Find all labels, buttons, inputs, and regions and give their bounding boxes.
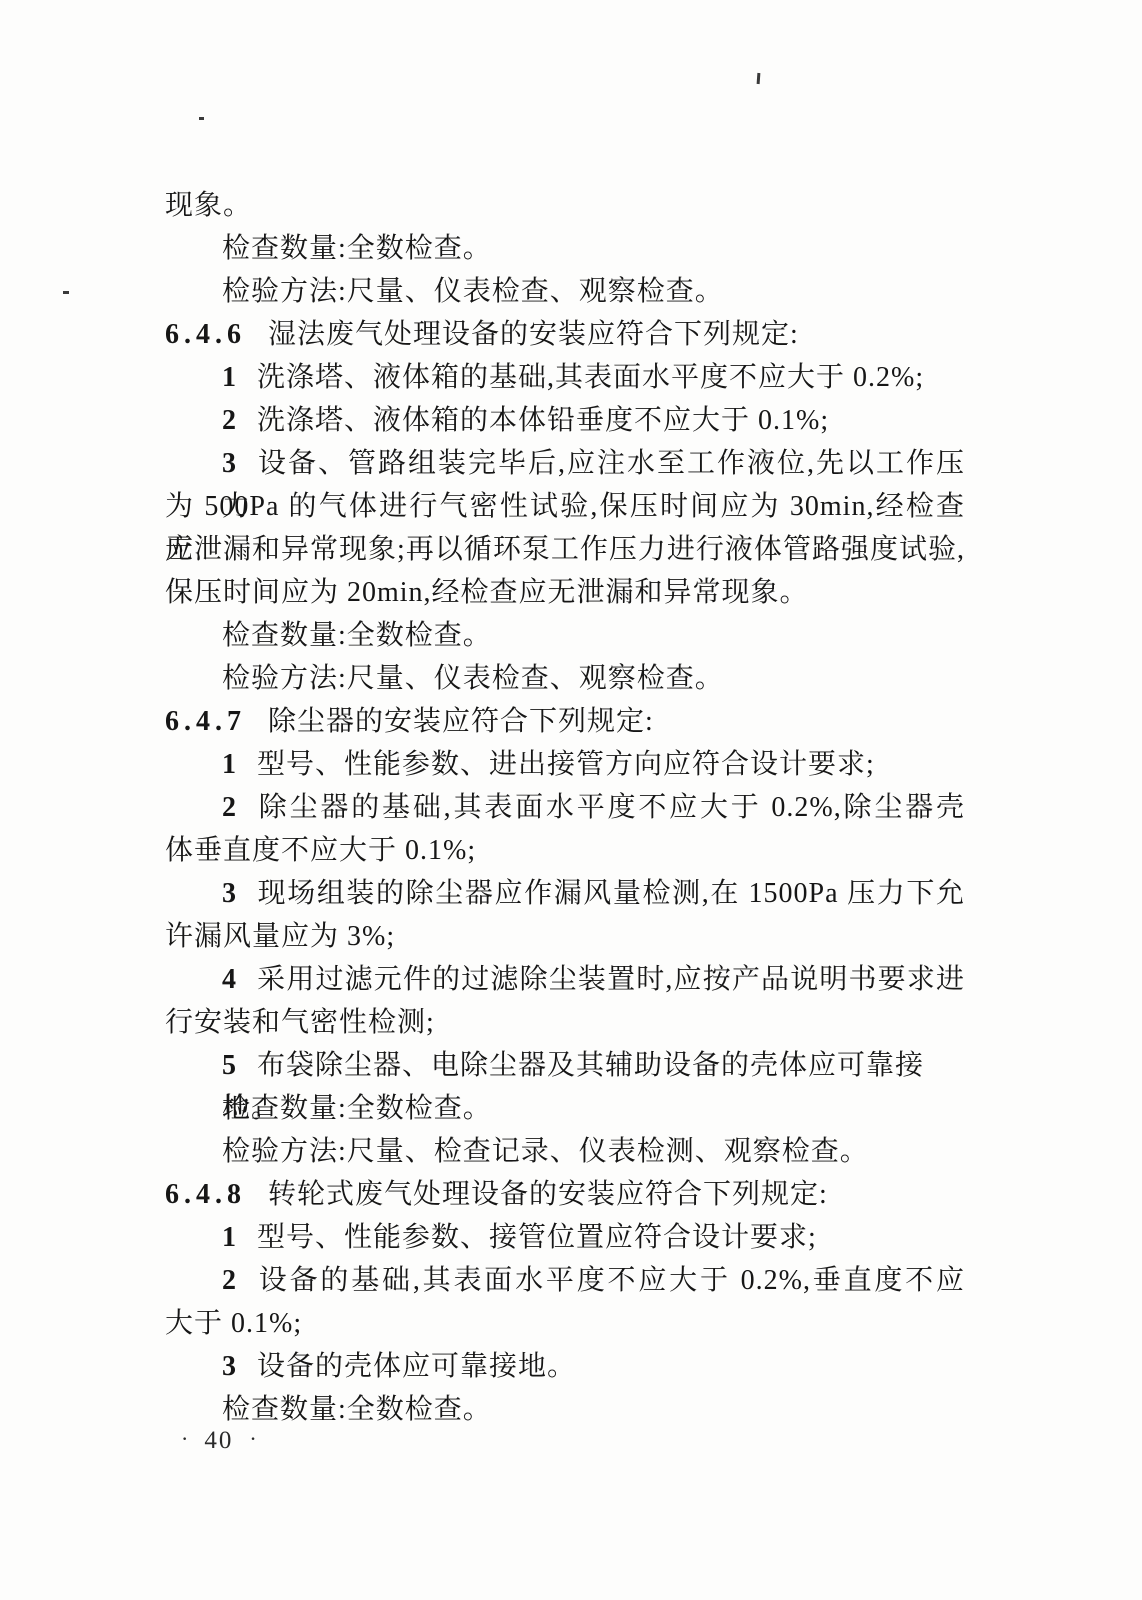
line-text: 检验方法:尺量、仪表检查、观察检查。: [222, 276, 724, 307]
scan-artifact-mark: [199, 117, 204, 120]
line-text: 检查数量:全数检查。: [222, 233, 492, 264]
text-line: 检查数量:全数检查。: [165, 614, 965, 657]
numbered-item-line: 2除尘器的基础,其表面水平度不应大于 0.2%,除尘器壳: [165, 786, 965, 829]
line-text: 体垂直度不应大于 0.1%;: [165, 835, 476, 866]
text-line: 检查数量:全数检查。: [165, 227, 965, 270]
numbered-item-line: 3设备、管路组装完毕后,应注水至工作液位,先以工作压力: [165, 442, 965, 485]
item-number: 3: [222, 448, 237, 479]
footer-dot-left: ·: [181, 1426, 188, 1451]
line-text: 转轮式废气处理设备的安装应符合下列规定:: [268, 1179, 828, 1210]
line-text: 洗涤塔、液体箱的基础,其表面水平度不应大于 0.2%;: [257, 362, 924, 393]
line-text: 设备的壳体应可靠接地。: [257, 1351, 576, 1382]
document-page: 现象。检查数量:全数检查。检验方法:尺量、仪表检查、观察检查。6.4.6湿法废气…: [0, 0, 1142, 1600]
line-text: 型号、性能参数、进出接管方向应符合设计要求;: [257, 749, 875, 780]
line-text: 洗涤塔、液体箱的本体铅垂度不应大于 0.1%;: [257, 405, 829, 436]
footer-dot-right: ·: [249, 1426, 256, 1451]
item-number: 5: [222, 1050, 237, 1081]
scan-artifact-mark: [757, 73, 761, 84]
text-line: 保压时间应为 20min,经检查应无泄漏和异常现象。: [165, 571, 965, 614]
text-line: 大于 0.1%;: [165, 1302, 965, 1345]
line-text: 行安装和气密性检测;: [165, 1007, 435, 1038]
text-line: 检验方法:尺量、仪表检查、观察检查。: [165, 657, 965, 700]
numbered-item-line: 1洗涤塔、液体箱的基础,其表面水平度不应大于 0.2%;: [165, 356, 965, 399]
text-line: 无泄漏和异常现象;再以循环泵工作压力进行液体管路强度试验,: [165, 528, 965, 571]
clause-heading: 6.4.7除尘器的安装应符合下列规定:: [165, 700, 965, 743]
numbered-item-line: 1型号、性能参数、接管位置应符合设计要求;: [165, 1216, 965, 1259]
line-text: 许漏风量应为 3%;: [165, 921, 395, 952]
text-line: 体垂直度不应大于 0.1%;: [165, 829, 965, 872]
line-text: 检验方法:尺量、仪表检查、观察检查。: [222, 663, 724, 694]
text-line: 检验方法:尺量、检查记录、仪表检测、观察检查。: [165, 1130, 965, 1173]
document-body: 现象。检查数量:全数检查。检验方法:尺量、仪表检查、观察检查。6.4.6湿法废气…: [165, 184, 965, 1431]
scan-artifact-mark: [63, 291, 69, 294]
text-line: 为 500Pa 的气体进行气密性试验,保压时间应为 30min,经检查应: [165, 485, 965, 528]
line-text: 现场组装的除尘器应作漏风量检测,在 1500Pa 压力下允: [257, 878, 965, 909]
item-number: 2: [222, 405, 237, 436]
line-text: 大于 0.1%;: [165, 1308, 302, 1339]
clause-number: 6.4.6: [165, 319, 246, 350]
item-number: 4: [222, 964, 237, 995]
item-number: 3: [222, 878, 237, 909]
numbered-item-line: 5布袋除尘器、电除尘器及其辅助设备的壳体应可靠接地。: [165, 1044, 965, 1087]
numbered-item-line: 2洗涤塔、液体箱的本体铅垂度不应大于 0.1%;: [165, 399, 965, 442]
text-line: 检查数量:全数检查。: [165, 1388, 965, 1431]
line-text: 型号、性能参数、接管位置应符合设计要求;: [257, 1222, 817, 1253]
clause-heading: 6.4.6湿法废气处理设备的安装应符合下列规定:: [165, 313, 965, 356]
item-number: 3: [222, 1351, 237, 1382]
line-text: 采用过滤元件的过滤除尘装置时,应按产品说明书要求进: [257, 964, 965, 995]
page-footer: ·40·: [181, 1424, 257, 1456]
line-text: 检查数量:全数检查。: [222, 620, 492, 651]
numbered-item-line: 1型号、性能参数、进出接管方向应符合设计要求;: [165, 743, 965, 786]
line-text: 检查数量:全数检查。: [222, 1394, 492, 1425]
page-number: 40: [204, 1427, 233, 1454]
item-number: 1: [222, 362, 237, 393]
line-text: 检验方法:尺量、检查记录、仪表检测、观察检查。: [222, 1136, 869, 1167]
line-text: 无泄漏和异常现象;再以循环泵工作压力进行液体管路强度试验,: [165, 534, 965, 565]
clause-heading: 6.4.8转轮式废气处理设备的安装应符合下列规定:: [165, 1173, 965, 1216]
line-text: 湿法废气处理设备的安装应符合下列规定:: [268, 319, 799, 350]
line-text: 除尘器的安装应符合下列规定:: [268, 706, 654, 737]
line-text: 检查数量:全数检查。: [222, 1093, 492, 1124]
item-number: 1: [222, 749, 237, 780]
text-line: 现象。: [165, 184, 965, 227]
text-line: 许漏风量应为 3%;: [165, 915, 965, 958]
clause-number: 6.4.7: [165, 706, 246, 737]
item-number: 2: [222, 1265, 237, 1296]
line-text: 现象。: [165, 190, 252, 221]
item-number: 1: [222, 1222, 237, 1253]
numbered-item-line: 4采用过滤元件的过滤除尘装置时,应按产品说明书要求进: [165, 958, 965, 1001]
text-line: 行安装和气密性检测;: [165, 1001, 965, 1044]
line-text: 设备的基础,其表面水平度不应大于 0.2%,垂直度不应: [257, 1265, 965, 1296]
line-text: 保压时间应为 20min,经检查应无泄漏和异常现象。: [165, 577, 809, 608]
numbered-item-line: 3现场组装的除尘器应作漏风量检测,在 1500Pa 压力下允: [165, 872, 965, 915]
numbered-item-line: 3设备的壳体应可靠接地。: [165, 1345, 965, 1388]
numbered-item-line: 2设备的基础,其表面水平度不应大于 0.2%,垂直度不应: [165, 1259, 965, 1302]
text-line: 检查数量:全数检查。: [165, 1087, 965, 1130]
clause-number: 6.4.8: [165, 1179, 246, 1210]
line-text: 除尘器的基础,其表面水平度不应大于 0.2%,除尘器壳: [257, 792, 965, 823]
item-number: 2: [222, 792, 237, 823]
text-line: 检验方法:尺量、仪表检查、观察检查。: [165, 270, 965, 313]
